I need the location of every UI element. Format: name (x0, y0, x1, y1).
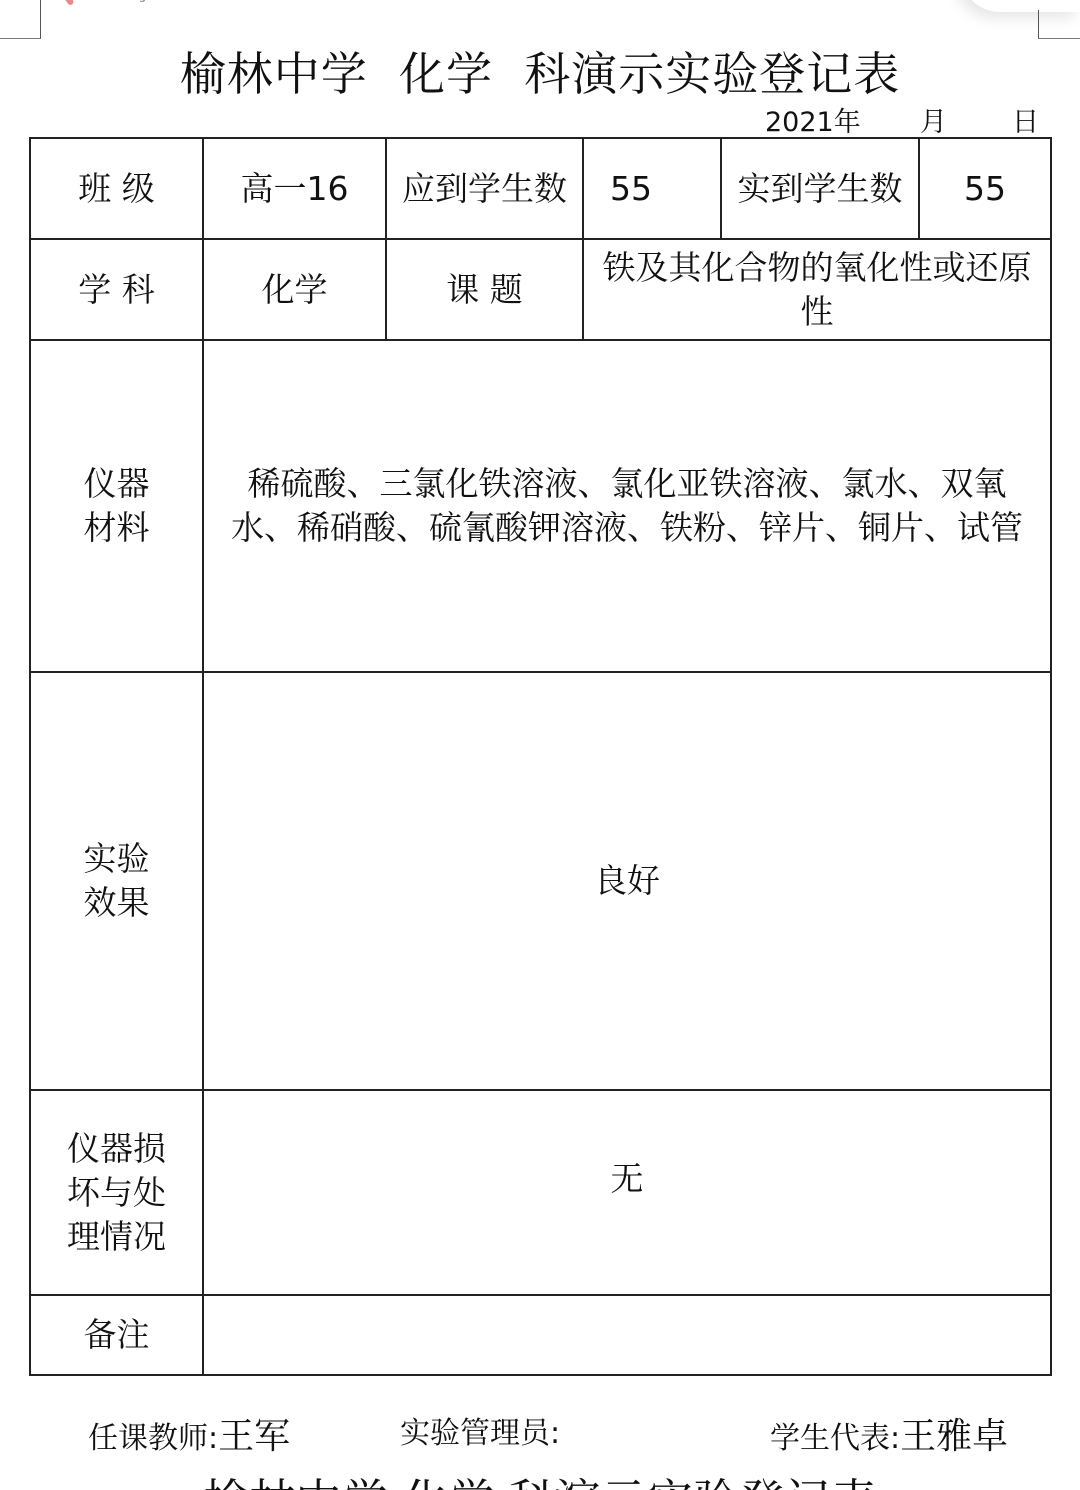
crop-mark-left (0, 0, 41, 39)
remarks-label: 备注 (30, 1295, 203, 1375)
expected-students-value: 55 (583, 138, 721, 239)
footer-teacher: 任课教师:王军 (88, 1408, 290, 1459)
date-month: 月 (920, 100, 947, 139)
school-logo: Yulin High School (60, 0, 199, 8)
admin-label: 实验管理员: (400, 1416, 560, 1451)
materials-label: 仪器 材料 (30, 340, 203, 672)
damage-label-line3: 理情况 (31, 1215, 202, 1259)
teacher-label: 任课教师: (88, 1421, 218, 1456)
subject-value: 化学 (203, 239, 386, 340)
date-year: 2021年 (765, 100, 861, 139)
materials-label-line1: 仪器 (31, 462, 202, 506)
table-row-attendance: 班 级 高一16 应到学生数 55 实到学生数 55 (30, 138, 1051, 239)
table-row-remarks: 备注 (30, 1295, 1051, 1375)
effect-label-line1: 实验 (31, 837, 202, 881)
table-row-damage: 仪器损 坏与处 理情况 无 (30, 1090, 1051, 1295)
footer-student: 学生代表:王雅卓 (770, 1408, 1008, 1459)
damage-value: 无 (203, 1090, 1051, 1295)
date-day: 日 (1012, 100, 1039, 139)
materials-value: 稀硫酸、三氯化铁溶液、氯化亚铁溶液、氯水、双氧水、稀硝酸、硫氰酸钾溶液、铁粉、锌… (203, 340, 1051, 672)
page-title: 榆林中学 化学 科演示实验登记表 (0, 38, 1080, 104)
table-row-subject: 学 科 化学 课 题 铁及其化合物的氧化性或还原性 (30, 239, 1051, 340)
document-page: Yulin High School 榆林中学 化学 科演示实验登记表 2021年… (0, 0, 1080, 1490)
damage-label-line1: 仪器损 (31, 1127, 202, 1171)
actual-students-value: 55 (919, 138, 1051, 239)
actual-students-label: 实到学生数 (721, 138, 919, 239)
damage-label: 仪器损 坏与处 理情况 (30, 1090, 203, 1295)
registration-form-table: 班 级 高一16 应到学生数 55 实到学生数 55 学 科 化学 课 题 铁及… (29, 137, 1052, 1376)
footer-admin: 实验管理员: (400, 1408, 560, 1452)
logo-text: Yulin High School (92, 0, 199, 3)
topic-value: 铁及其化合物的氧化性或还原性 (583, 239, 1051, 340)
next-page-title-fragment: 榆林中学 化学 科演示实验登记表 (0, 1478, 1080, 1490)
topic-label: 课 题 (386, 239, 583, 340)
subject-label: 学 科 (30, 239, 203, 340)
effect-label-line2: 效果 (31, 881, 202, 925)
remarks-value (203, 1295, 1051, 1375)
logo-icon (60, 0, 82, 8)
materials-label-line2: 材料 (31, 506, 202, 550)
class-label: 班 级 (30, 138, 203, 239)
class-value: 高一16 (203, 138, 386, 239)
teacher-name: 王军 (218, 1416, 290, 1457)
student-label: 学生代表: (770, 1421, 900, 1456)
effect-label: 实验 效果 (30, 672, 203, 1090)
table-row-materials: 仪器 材料 稀硫酸、三氯化铁溶液、氯化亚铁溶液、氯水、双氧水、稀硝酸、硫氰酸钾溶… (30, 340, 1051, 672)
student-name: 王雅卓 (900, 1416, 1008, 1457)
effect-value: 良好 (203, 672, 1051, 1090)
table-row-effect: 实验 效果 良好 (30, 672, 1051, 1090)
expected-students-label: 应到学生数 (386, 138, 583, 239)
crop-mark-right (1038, 10, 1080, 39)
damage-label-line2: 坏与处 (31, 1171, 202, 1215)
